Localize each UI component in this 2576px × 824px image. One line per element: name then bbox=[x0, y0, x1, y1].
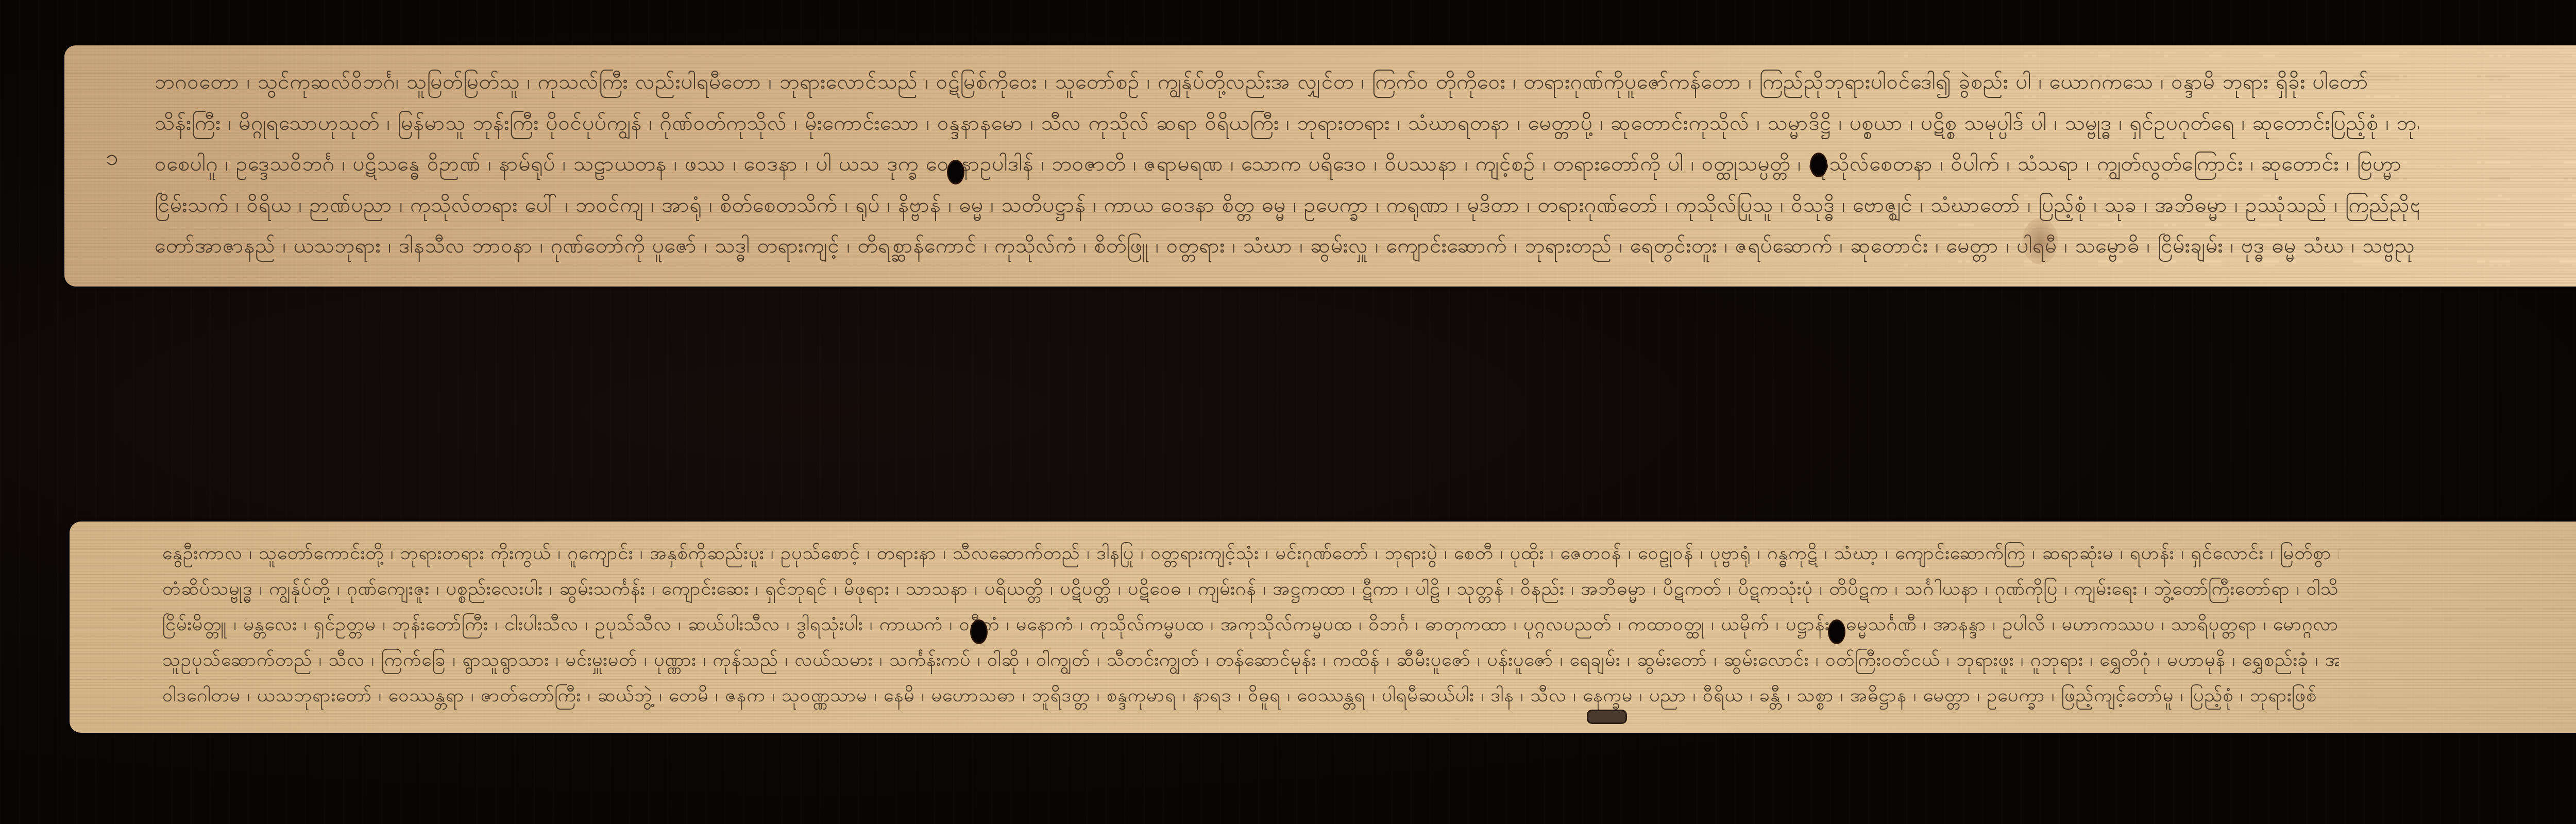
binding-hole-left bbox=[970, 619, 988, 644]
manuscript-line: ဝါဒဂေါတမ ၊ ယသဘုရားတော် ၊ ဝေဿန္တရာ ၊ ဇာတ်… bbox=[162, 682, 2339, 710]
palm-leaf-top: ၁ ဘဂဝတော ၊ သွင်ကုဆလ်ဝိဘင်္ဂ၊ သူမြတ်မြတ်သ… bbox=[64, 45, 2576, 287]
manuscript-text-block: ဘဂဝတော ၊ သွင်ကုဆလ်ဝိဘင်္ဂ၊ သူမြတ်မြတ်သူ … bbox=[155, 66, 2419, 262]
manuscript-text-block: နွေဦးကာလ ၊ သူတော်ကောင်းတို့ ၊ ဘုရားတရား … bbox=[162, 540, 2339, 710]
manuscript-line: သူဥပုသ်ဆောက်တည် ၊ သီလ ၊ ကြက်ခြေ ၊ ရွာသူရ… bbox=[162, 646, 2339, 674]
manuscript-line: ငြိမ်းမိတ္တူ ၊ မန္တလေး ၊ ရှင်ဥတ္တမ ၊ ဘုန… bbox=[162, 611, 2339, 638]
binding-hole-right bbox=[1810, 153, 1827, 177]
manuscript-line: တံဆိပ်သမ္ဗုဒ္ဓ ၊ ကျွန်ုပ်တို့ ၊ ဂုဏ်ကျေး… bbox=[162, 575, 2339, 603]
manuscript-line: သိန်းကြီး ၊ မိဂ္ဂုရသောဟုသုတ် ၊ မြန်မာသူ … bbox=[155, 107, 2419, 139]
binding-hole-right bbox=[1828, 619, 1845, 644]
manuscript-line: နွေဦးကာလ ၊ သူတော်ကောင်းတို့ ၊ ဘုရားတရား … bbox=[162, 540, 2339, 567]
insect-damage-mark bbox=[1587, 710, 1627, 724]
manuscript-line: ဘဂဝတော ၊ သွင်ကုဆလ်ဝိဘင်္ဂ၊ သူမြတ်မြတ်သူ … bbox=[155, 66, 2419, 98]
manuscript-line: ဝစေပါဂူ ၊ ဥဒ္ဒေသဝိဘင်္ဂ ၊ ပဋိသန္ဓေ ဝိဉာဏ… bbox=[155, 148, 2419, 180]
palm-leaf-bottom: နွေဦးကာလ ၊ သူတော်ကောင်းတို့ ၊ ဘုရားတရား … bbox=[70, 522, 2576, 733]
binding-hole-left bbox=[947, 160, 964, 184]
stain-mark bbox=[2022, 218, 2058, 264]
leaf-number: ၁ bbox=[106, 143, 118, 176]
manuscript-line: ငြိမ်းသက် ၊ ဝိရိယ ၊ ဉာဏ်ပညာ ၊ ကုသိုလ်တရာ… bbox=[155, 189, 2419, 221]
manuscript-line: တော်အာဇာနည် ၊ ယသဘုရား ၊ ဒါနသီလ ဘာဝနာ ၊ ဂ… bbox=[155, 230, 2419, 262]
